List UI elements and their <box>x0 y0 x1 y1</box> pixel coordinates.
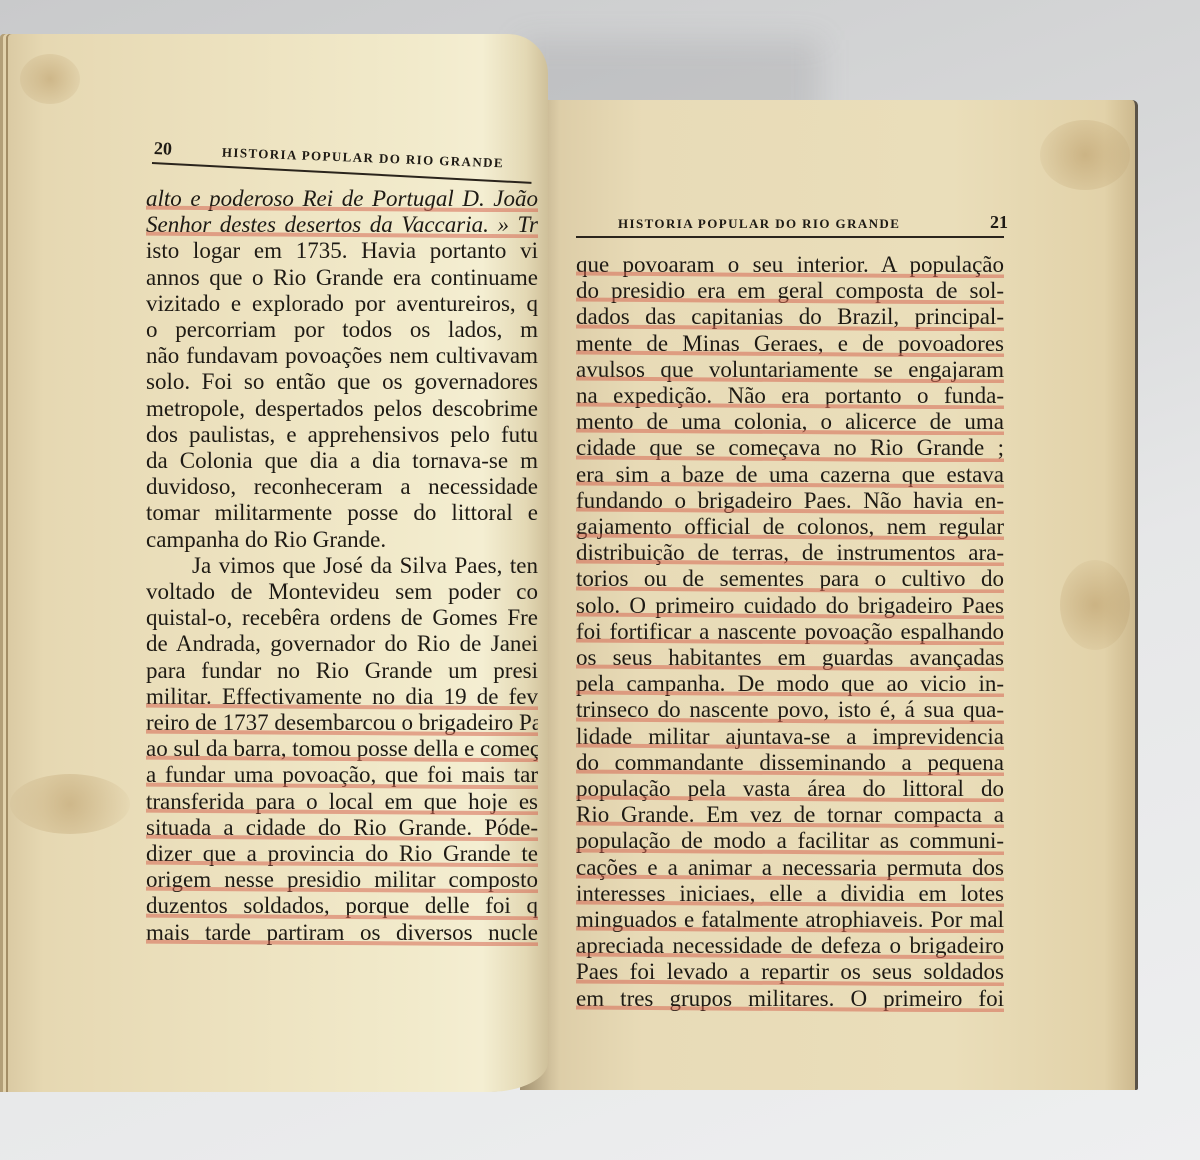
text-line: tomar militarmente posse do littoral e <box>146 500 538 526</box>
text-line: metropole, despertados pelos descobrime <box>146 396 538 422</box>
text-line: gajamento official de colonos, nem regul… <box>576 514 1004 540</box>
text-line: fundando o brigadeiro Paes. Não havia en… <box>576 488 1004 514</box>
text-line: mente de Minas Geraes, e de povoadores <box>576 331 1004 357</box>
text-line: na expedição. Não era portanto o funda- <box>576 383 1004 409</box>
text-line: transferida para o local em que hoje es <box>146 789 538 815</box>
text-line: que povoaram o seu interior. A população <box>576 252 1004 278</box>
text-line: mento de uma colonia, o alicerce de uma <box>576 409 1004 435</box>
text-line: da Colonia que dia a dia tornava-se m <box>146 448 538 474</box>
left-page-number: 20 <box>154 138 173 160</box>
right-header-rule <box>576 236 1004 238</box>
text-line: a fundar uma povoação, que foi mais tar <box>146 762 538 788</box>
text-line: foi fortificar a nascente povoação espal… <box>576 619 1004 645</box>
left-page: 20 HISTORIA POPULAR DO RIO GRANDE alto e… <box>0 34 548 1092</box>
text-line: cações e a animar a necessaria permuta d… <box>576 855 1004 881</box>
text-line: solo. O primeiro cuidado do brigadeiro P… <box>576 593 1004 619</box>
text-line: distribuição de terras, de instrumentos … <box>576 540 1004 566</box>
foxing-stain <box>10 774 130 834</box>
text-line: os seus habitantes em guardas avançadas <box>576 645 1004 671</box>
text-line: trinseco do nascente povo, isto é, á sua… <box>576 697 1004 723</box>
text-line: pela campanha. De modo que ao vicio in- <box>576 671 1004 697</box>
text-line: voltado de Montevideu sem poder co <box>146 579 538 605</box>
text-line: reiro de 1737 desembarcou o brigadeiro P… <box>146 710 538 736</box>
foxing-stain <box>20 54 80 104</box>
text-line: Senhor destes desertos da Vaccaria. » Tr <box>146 212 538 238</box>
right-running-head: HISTORIA POPULAR DO RIO GRANDE 21 <box>618 212 1008 233</box>
text-line: lidade militar ajuntava-se a imprevidenc… <box>576 724 1004 750</box>
text-line: mais tarde partiram os diversos nucle <box>146 920 538 946</box>
right-page-number: 21 <box>990 212 1008 233</box>
text-line: campanha do Rio Grande. <box>146 527 538 553</box>
text-line: militar. Effectivamente no dia 19 de fev <box>146 684 538 710</box>
text-line: duzentos soldados, porque delle foi q <box>146 893 538 919</box>
text-line: Rio Grande. Em vez de tornar compacta a <box>576 802 1004 828</box>
text-line: origem nesse presidio militar composto <box>146 867 538 893</box>
text-line: duvidoso, reconheceram a necessidade <box>146 474 538 500</box>
text-line: população pela vasta área do littoral do <box>576 776 1004 802</box>
text-line: interesses iniciaes, elle a dividia em l… <box>576 881 1004 907</box>
text-line: para fundar no Rio Grande um presi <box>146 658 538 684</box>
text-line: dos paulistas, e apprehensivos pelo futu <box>146 422 538 448</box>
text-line: era sim a baze de uma cazerna que estava <box>576 462 1004 488</box>
text-line: torios ou de sementes para o cultivo do <box>576 566 1004 592</box>
text-line: dados das capitanias do Brazil, principa… <box>576 304 1004 330</box>
text-line: o percorriam por todos os lados, m <box>146 317 538 343</box>
text-line: de Andrada, governador do Rio de Janei <box>146 631 538 657</box>
right-running-head-title: HISTORIA POPULAR DO RIO GRANDE <box>618 216 900 232</box>
text-line: ao sul da barra, tomou posse della e com… <box>146 736 538 762</box>
text-line: minguados e fatalmente atrophiaveis. Por… <box>576 907 1004 933</box>
foxing-stain <box>1060 560 1130 650</box>
text-line: do presidio era em geral composta de sol… <box>576 278 1004 304</box>
text-line: em tres grupos militares. O primeiro foi <box>576 986 1004 1012</box>
text-line: isto logar em 1735. Havia portanto vi <box>146 238 538 264</box>
right-page: HISTORIA POPULAR DO RIO GRANDE 21 que po… <box>520 100 1138 1090</box>
left-running-head: 20 HISTORIA POPULAR DO RIO GRANDE <box>154 138 535 174</box>
left-page-text: alto e poderoso Rei de Portugal D. JoãoS… <box>146 186 538 946</box>
text-line: dizer que a provincia do Rio Grande te <box>146 841 538 867</box>
text-line: cidade que se começava no Rio Grande ; <box>576 435 1004 461</box>
right-page-text: que povoaram o seu interior. A população… <box>576 252 1004 1012</box>
text-line: população de modo a facilitar as communi… <box>576 828 1004 854</box>
text-line: quistal-o, recebêra ordens de Gomes Fre <box>146 605 538 631</box>
text-line: annos que o Rio Grande era continuame <box>146 265 538 291</box>
text-line: apreciada necessidade de defeza o brigad… <box>576 933 1004 959</box>
text-line: solo. Foi so então que os governadores <box>146 369 538 395</box>
text-line: situada a cidade do Rio Grande. Póde- <box>146 815 538 841</box>
text-line: do commandante disseminando a pequena <box>576 750 1004 776</box>
text-line: não fundavam povoações nem cultivavam <box>146 343 538 369</box>
text-line: avulsos que voluntariamente se engajaram <box>576 357 1004 383</box>
text-line: vizitado e explorado por aventureiros, q <box>146 291 538 317</box>
text-line: alto e poderoso Rei de Portugal D. João <box>146 186 538 212</box>
text-line: Ja vimos que José da Silva Paes, ten <box>146 553 538 579</box>
text-line: Paes foi levado a repartir os seus solda… <box>576 959 1004 985</box>
foxing-stain <box>1040 120 1130 190</box>
